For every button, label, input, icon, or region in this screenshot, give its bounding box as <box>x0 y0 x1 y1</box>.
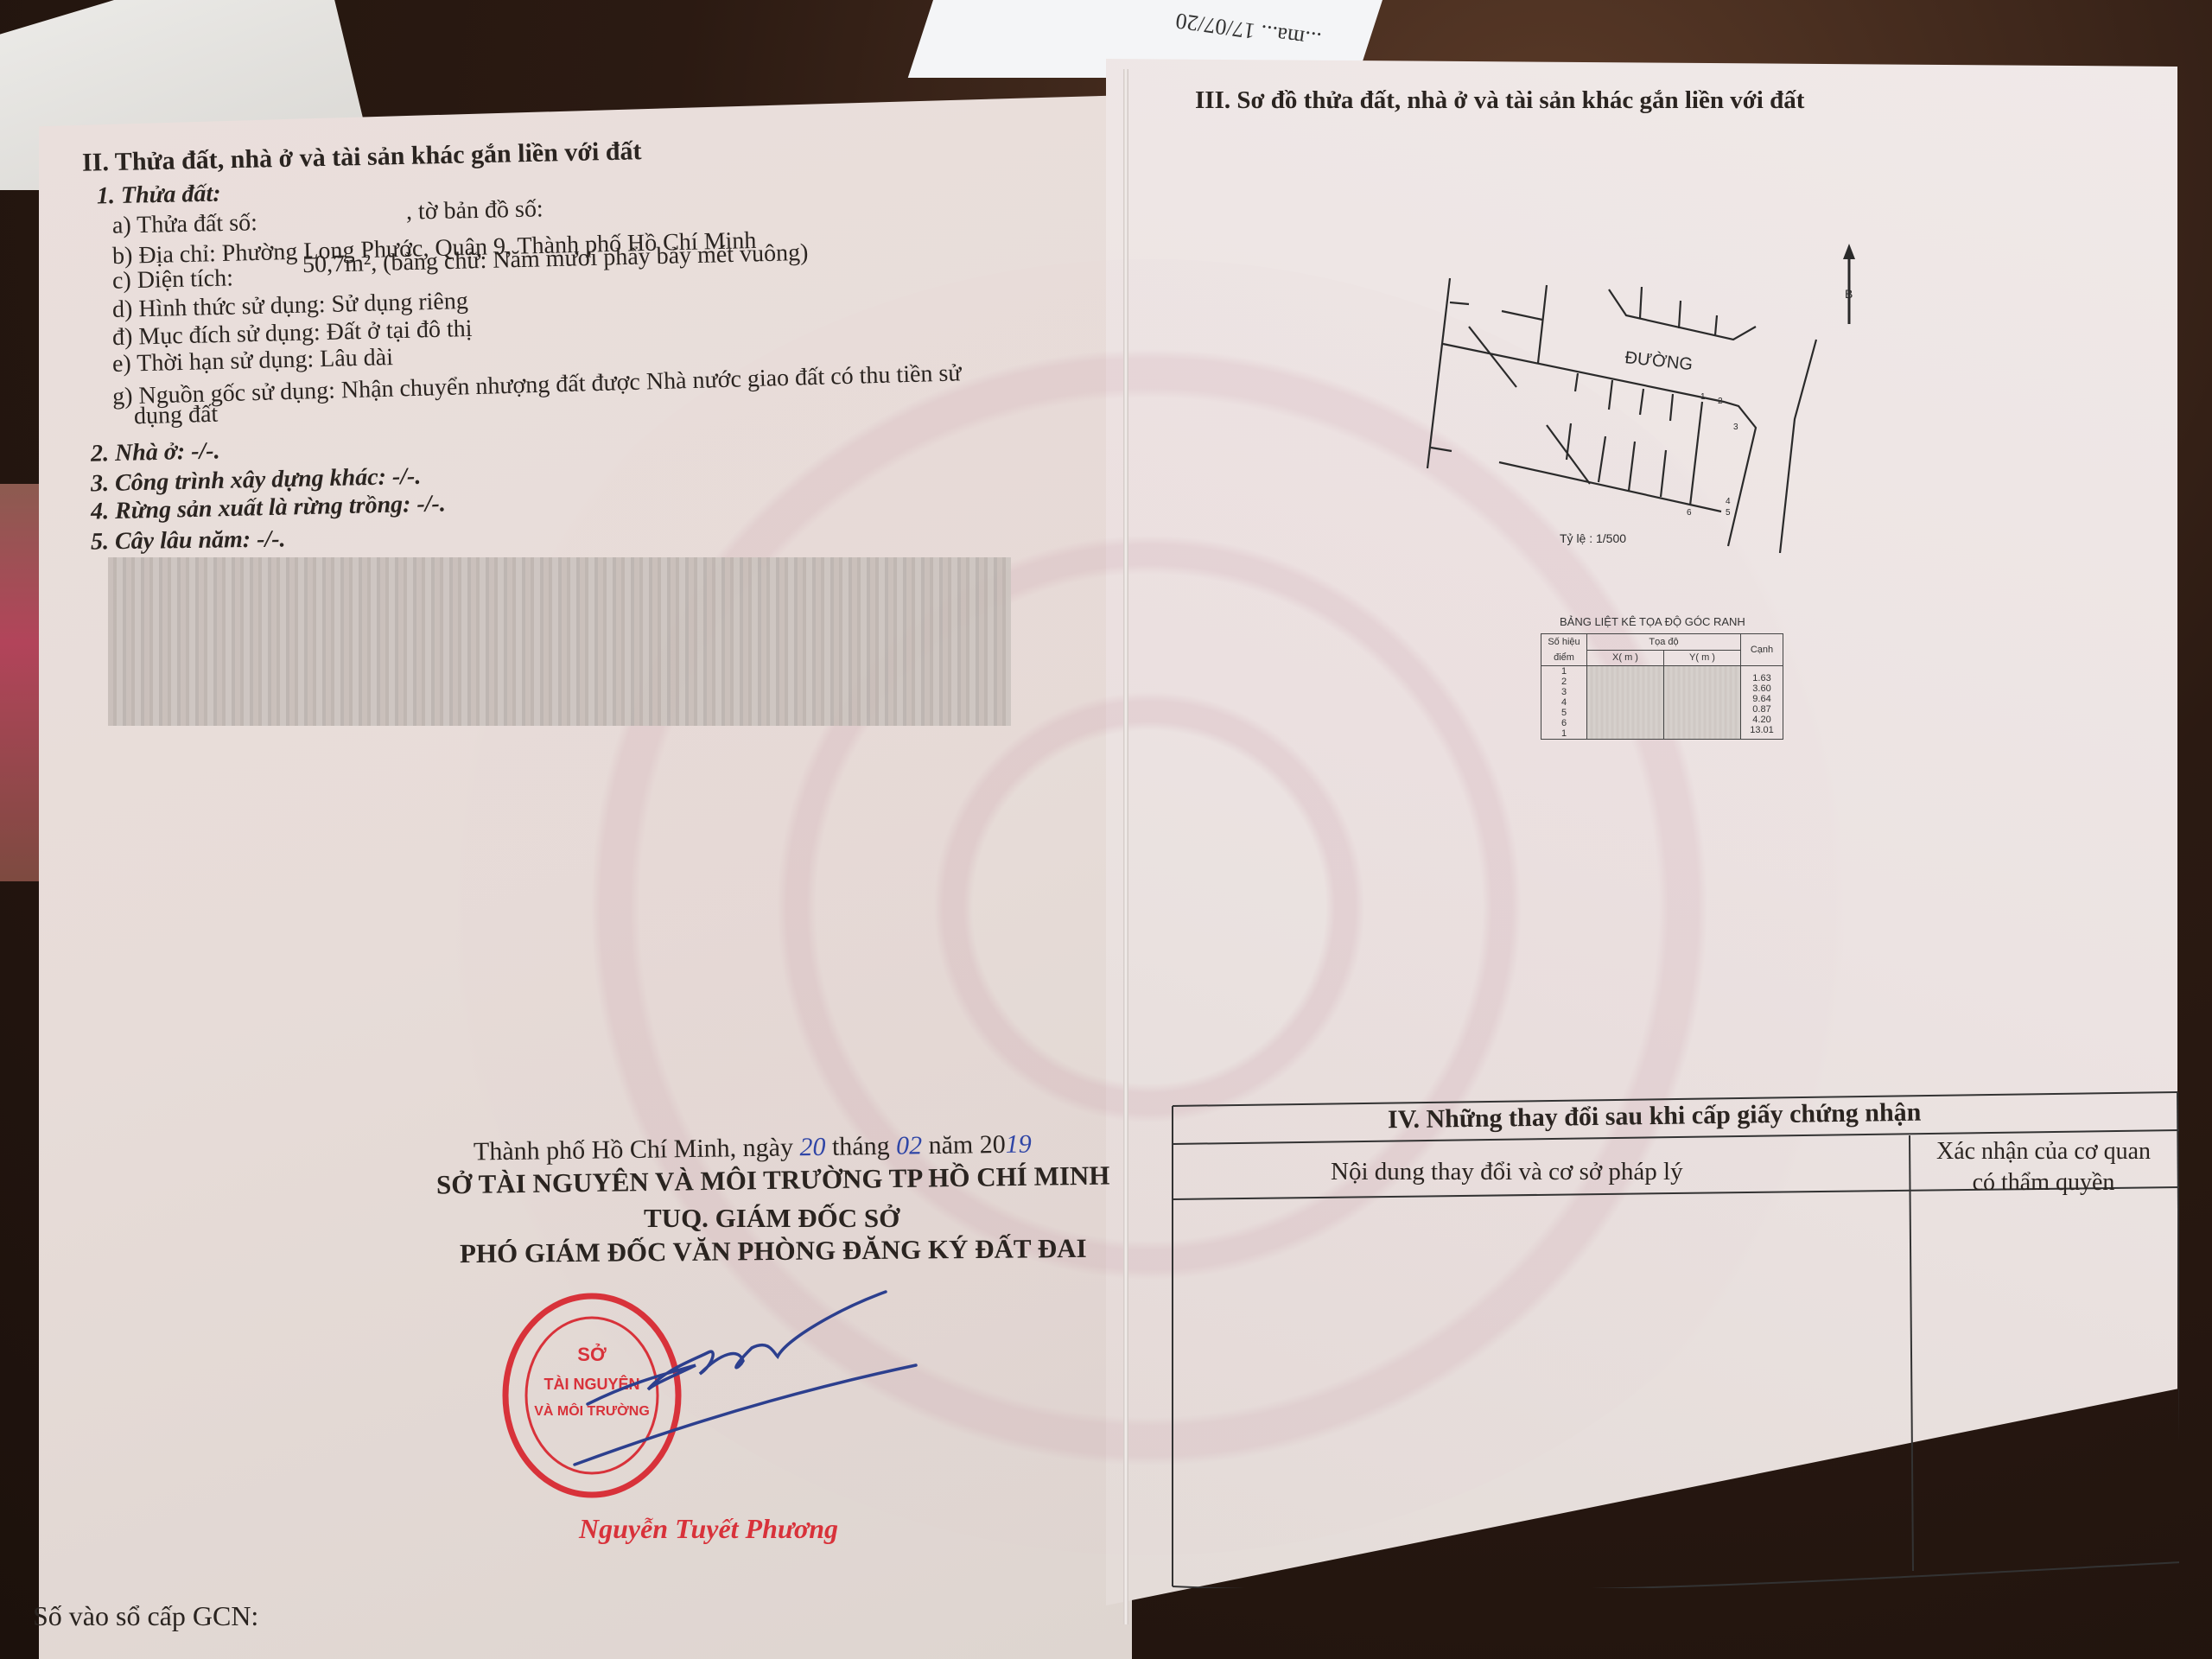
area-label: c) Diện tích: <box>112 264 234 295</box>
red-seal-icon: SỞ TÀI NGUYÊN VÀ MÔI TRƯỜNG <box>505 1296 678 1495</box>
svg-text:VÀ MÔI TRƯỜNG: VÀ MÔI TRƯỜNG <box>534 1402 650 1419</box>
svg-text:4: 4 <box>1726 497 1731 506</box>
svg-text:3: 3 <box>1733 423 1738 432</box>
registration-number-label: Số vào sổ cấp GCN: <box>33 1600 258 1632</box>
point-labels: 1 2 3 4 5 6 <box>1687 392 1738 518</box>
signer-position: PHÓ GIÁM ĐỐC VĂN PHÒNG ĐĂNG KÝ ĐẤT ĐAI <box>460 1233 1087 1269</box>
edge-length: 1.63 <box>1745 673 1779 683</box>
usage-origin-cont: dụng đất <box>134 401 219 431</box>
table-row: 11.633.609.640.874.2013.01 <box>1541 666 1783 677</box>
col-x: X( m ) <box>1587 650 1664 666</box>
coord-y-redacted <box>1664 666 1741 740</box>
scale-label: Tỷ lệ : 1/500 <box>1560 531 1626 545</box>
point-id: 4 <box>1541 697 1587 708</box>
svg-text:B: B <box>1845 287 1853 301</box>
point-id: 1 <box>1541 666 1587 677</box>
col-y: Y( m ) <box>1664 650 1741 666</box>
svg-text:1: 1 <box>1700 392 1706 402</box>
edge-length: 13.01 <box>1745 725 1779 735</box>
coord-table-title: BẢNG LIỆT KÊ TỌA ĐỘ GÓC RANH <box>1560 615 1745 628</box>
map-sheet-label: , tờ bản đồ số: <box>406 195 543 226</box>
point-id: 5 <box>1541 708 1587 718</box>
redacted-block <box>108 557 1011 726</box>
col-point: Số hiệu điểm <box>1541 634 1587 666</box>
date-day: 20 <box>799 1133 825 1161</box>
date-prefix: Thành phố Hồ Chí Minh, ngày <box>474 1133 793 1166</box>
year-label: năm 20 <box>928 1130 1006 1160</box>
item-house: 2. Nhà ở: -/-. <box>91 437 220 467</box>
parcel-number-label: a) Thửa đất số: <box>112 209 257 240</box>
background-red-object <box>0 484 43 881</box>
col-edge: Cạnh <box>1741 634 1783 666</box>
svg-text:2: 2 <box>1718 397 1723 406</box>
col-coords: Tọa độ <box>1587 634 1741 651</box>
point-id: 1 <box>1541 728 1587 740</box>
north-arrow-icon: B <box>1843 244 1855 324</box>
section-iii-title: III. Sơ đồ thửa đất, nhà ở và tài sản kh… <box>1195 86 1804 115</box>
point-id: 6 <box>1541 718 1587 728</box>
signer-name: Nguyễn Tuyết Phương <box>578 1513 838 1544</box>
col-change-content: Nội dung thay đổi và cơ sở pháp lý <box>1331 1158 1683 1186</box>
road-label: ĐƯỜNG <box>1624 347 1694 374</box>
on-behalf-line: TUQ. GIÁM ĐỐC SỞ <box>644 1203 899 1234</box>
date-year: 19 <box>1006 1129 1032 1158</box>
center-fold <box>1123 69 1128 1624</box>
parcel-diagram: B ĐƯỜNG 1 2 3 4 5 6 Tỷ lệ : 1/500 <box>1417 233 1901 553</box>
svg-text:TÀI NGUYÊN: TÀI NGUYÊN <box>543 1375 639 1393</box>
point-id: 3 <box>1541 687 1587 697</box>
month-label: tháng <box>832 1132 890 1161</box>
coord-x-redacted <box>1587 666 1664 740</box>
edge-length: 4.20 <box>1745 715 1779 725</box>
parcel-heading: 1. Thửa đất: <box>97 181 221 211</box>
date-month: 02 <box>896 1131 922 1160</box>
edge-length: 9.64 <box>1745 694 1779 704</box>
svg-text:5: 5 <box>1726 508 1731 518</box>
coord-table: Số hiệu điểm Tọa độ Cạnh X( m ) Y( m ) 1… <box>1541 633 1783 740</box>
edge-lengths: 1.633.609.640.874.2013.01 <box>1741 666 1783 740</box>
item-perennial-trees: 5. Cây lâu năm: -/-. <box>91 525 286 556</box>
stamp-and-signature: SỞ TÀI NGUYÊN VÀ MÔI TRƯỜNG Nguyễn Tuyết… <box>493 1279 1028 1555</box>
point-id: 2 <box>1541 677 1587 687</box>
col-authority-confirm: Xác nhận của cơ quan có thẩm quyền <box>1923 1136 2164 1198</box>
edge-length: 3.60 <box>1745 683 1779 694</box>
edge-length: 0.87 <box>1745 704 1779 715</box>
svg-text:6: 6 <box>1687 508 1692 518</box>
svg-text:SỞ: SỞ <box>577 1344 607 1365</box>
